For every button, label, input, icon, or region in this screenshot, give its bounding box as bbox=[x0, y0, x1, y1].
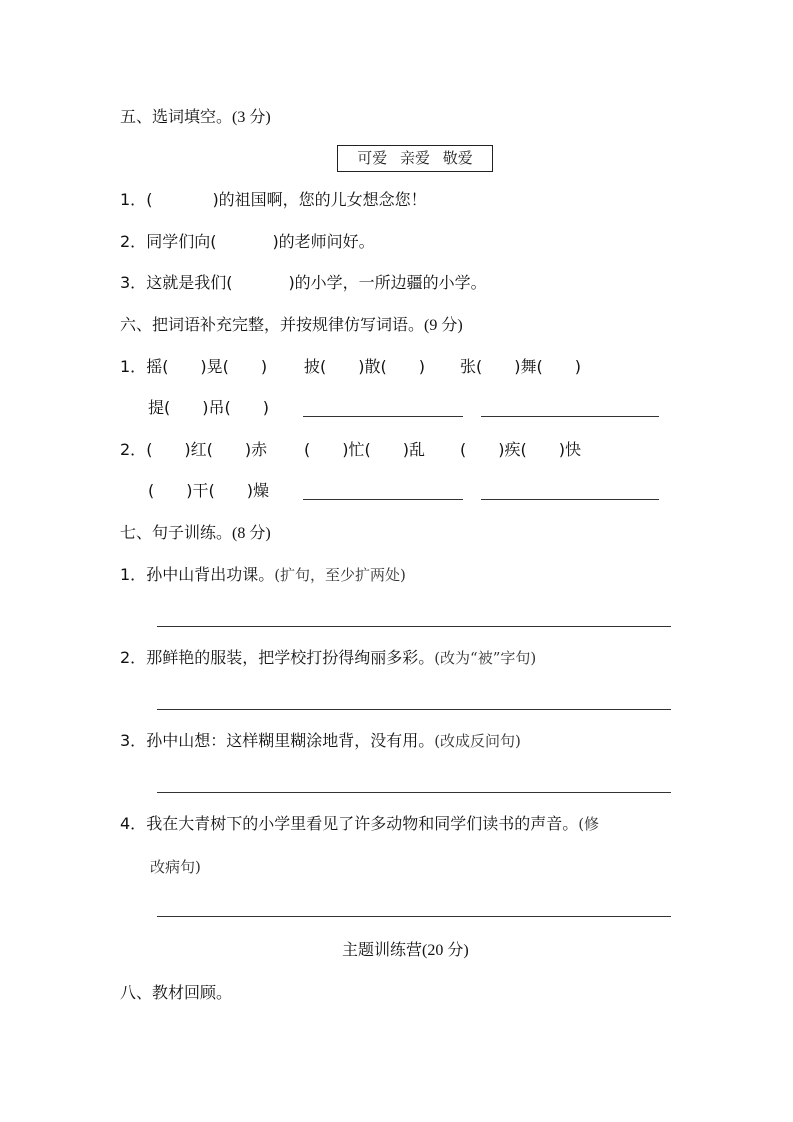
item-number: 3． bbox=[120, 731, 146, 750]
item-instruction: (改为“被”字句) bbox=[434, 649, 536, 667]
section-7-heading: 七、句子训练。(8 分) bbox=[120, 523, 271, 544]
section-title: 五、选词填空。 bbox=[120, 107, 232, 126]
word-fill[interactable]: ( )红( )赤 bbox=[146, 440, 267, 459]
item-number: 2． bbox=[120, 232, 146, 251]
item-text: 同学们向( bbox=[146, 232, 216, 251]
s5-item-2: 2．同学们向()的老师问好。 bbox=[120, 232, 375, 252]
item-instruction: (改成反问句) bbox=[434, 732, 521, 750]
s7-item-1: 1．孙中山背出功课。(扩句，至少扩两处) bbox=[120, 565, 406, 585]
item-text: 孙中山想：这样糊里糊涂地背，没有用。 bbox=[146, 731, 434, 750]
item-number: 1． bbox=[120, 565, 146, 584]
item-text: )的祖国啊，您的儿女想念您！ bbox=[212, 190, 426, 209]
item-text: 这就是我们( bbox=[146, 273, 232, 292]
imitation-blank-1[interactable] bbox=[303, 416, 463, 417]
theme-heading: 主题训练营(20 分) bbox=[342, 940, 469, 961]
item-number: 1． bbox=[120, 357, 146, 376]
answer-line-3[interactable] bbox=[157, 792, 671, 793]
s6-q1-row1-b: 披( )散( ) bbox=[304, 357, 425, 377]
item-number: 1． bbox=[120, 190, 146, 209]
theme-title: 主题训练营 bbox=[342, 940, 422, 959]
item-number: 4． bbox=[120, 814, 146, 833]
s6-q2-row2: ( )干( )燥 bbox=[148, 481, 269, 501]
s6-q2-row1: 2．( )红( )赤 bbox=[120, 440, 267, 460]
item-text: ( bbox=[146, 190, 152, 209]
item-text: 我在大青树下的小学里看见了许多动物和同学们读书的声音。 bbox=[146, 814, 578, 833]
s7-item-3: 3．孙中山想：这样糊里糊涂地背，没有用。(改成反问句) bbox=[120, 731, 521, 751]
item-text: )的老师问好。 bbox=[272, 232, 374, 251]
section-score: (3 分) bbox=[232, 109, 271, 126]
item-instruction: (修 bbox=[578, 815, 599, 833]
s7-item-4: 4．我在大青树下的小学里看见了许多动物和同学们读书的声音。(修 bbox=[120, 814, 599, 834]
section-5-heading: 五、选词填空。(3 分) bbox=[120, 107, 271, 128]
item-number: 2． bbox=[120, 648, 146, 667]
section-score: (8 分) bbox=[232, 525, 271, 542]
imitation-blank-2[interactable] bbox=[481, 416, 659, 417]
item-number: 3． bbox=[120, 273, 146, 292]
s6-q2-row1-c: ( )疾( )快 bbox=[460, 440, 581, 460]
section-score: (9 分) bbox=[424, 317, 463, 334]
word-fill[interactable]: ( )忙( )乱 bbox=[304, 440, 425, 459]
section-8-heading: 八、教材回顾。 bbox=[120, 983, 232, 1003]
section-6-heading: 六、把词语补充完整，并按规律仿写词语。(9 分) bbox=[120, 315, 463, 336]
word-fill[interactable]: 张( )舞( ) bbox=[460, 357, 581, 376]
item-text: )的小学，一所边疆的小学。 bbox=[288, 273, 486, 292]
section-title: 六、把词语补充完整，并按规律仿写词语。 bbox=[120, 315, 424, 334]
s6-q1-row1: 1．摇( )晃( ) bbox=[120, 357, 267, 377]
theme-score: (20 分) bbox=[422, 942, 469, 959]
s7-item-4-cont: 改病句) bbox=[150, 857, 201, 877]
s6-q1-row2: 提( )吊( ) bbox=[148, 398, 269, 418]
s5-item-3: 3．这就是我们()的小学，一所边疆的小学。 bbox=[120, 273, 487, 293]
s6-q2-row1-b: ( )忙( )乱 bbox=[304, 440, 425, 460]
item-instruction: (扩句，至少扩两处) bbox=[274, 566, 406, 584]
s5-item-1: 1．()的祖国啊，您的儿女想念您！ bbox=[120, 190, 427, 210]
section-title: 七、句子训练。 bbox=[120, 523, 232, 542]
word-fill[interactable]: 摇( )晃( ) bbox=[146, 357, 267, 376]
item-text: 那鲜艳的服装，把学校打扮得绚丽多彩。 bbox=[146, 648, 434, 667]
word-fill[interactable]: ( )疾( )快 bbox=[460, 440, 581, 459]
word-fill[interactable]: 提( )吊( ) bbox=[148, 398, 269, 417]
word-bank-box: 可爱 亲爱 敬爱 bbox=[337, 145, 493, 172]
answer-line-2[interactable] bbox=[157, 709, 671, 710]
s6-q1-row1-c: 张( )舞( ) bbox=[460, 357, 581, 377]
answer-line-1[interactable] bbox=[157, 626, 671, 627]
word-fill[interactable]: 披( )散( ) bbox=[304, 357, 425, 376]
s7-item-2: 2．那鲜艳的服装，把学校打扮得绚丽多彩。(改为“被”字句) bbox=[120, 648, 536, 668]
item-number: 2． bbox=[120, 440, 146, 459]
imitation-blank-3[interactable] bbox=[303, 499, 463, 500]
answer-line-4[interactable] bbox=[157, 916, 671, 917]
imitation-blank-4[interactable] bbox=[481, 499, 659, 500]
item-text: 孙中山背出功课。 bbox=[146, 565, 274, 584]
word-fill[interactable]: ( )干( )燥 bbox=[148, 481, 269, 500]
